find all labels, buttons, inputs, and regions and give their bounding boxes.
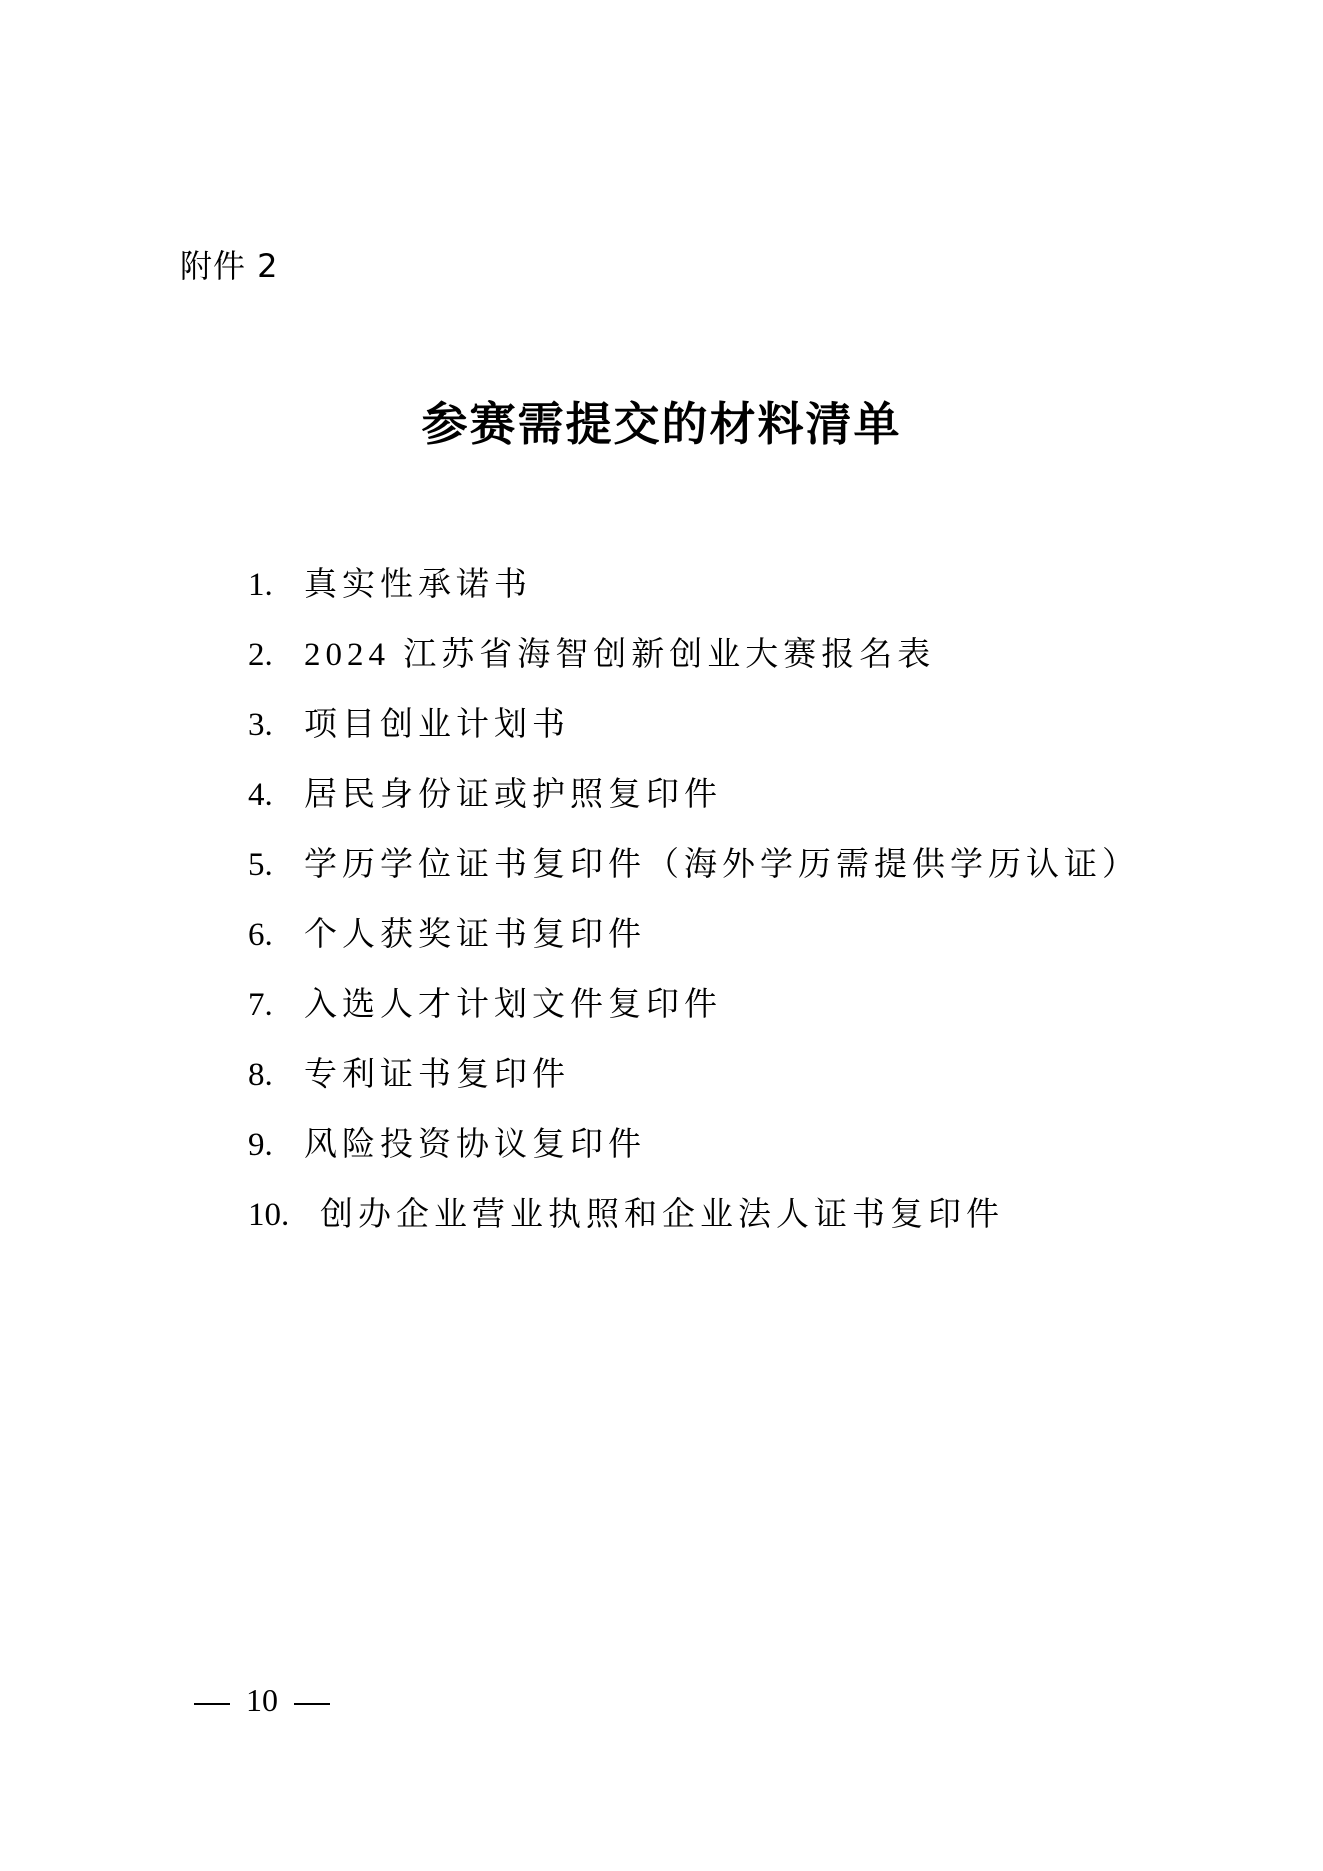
item-number: 2. <box>248 630 304 700</box>
list-item: 9.风险投资协议复印件 <box>248 1120 1140 1190</box>
item-number: 3. <box>248 700 304 770</box>
item-text: 个人获奖证书复印件 <box>304 910 646 980</box>
list-item: 6.个人获奖证书复印件 <box>248 910 1140 980</box>
list-item: 4.居民身份证或护照复印件 <box>248 770 1140 840</box>
item-number: 4. <box>248 770 304 840</box>
item-number: 8. <box>248 1050 304 1120</box>
page-number: 10 <box>246 1682 278 1718</box>
item-text: 专利证书复印件 <box>304 1050 570 1120</box>
item-number: 7. <box>248 980 304 1050</box>
item-text: 学历学位证书复印件（海外学历需提供学历认证） <box>304 840 1140 910</box>
item-text: 创办企业营业执照和企业法人证书复印件 <box>320 1190 1004 1260</box>
page-footer: 10 <box>178 1680 346 1720</box>
item-text: 2024 江苏省海智创新创业大赛报名表 <box>304 630 935 700</box>
item-text: 项目创业计划书 <box>304 700 570 770</box>
item-text: 入选人才计划文件复印件 <box>304 980 722 1050</box>
list-item: 2.2024 江苏省海智创新创业大赛报名表 <box>248 630 1140 700</box>
item-number: 1. <box>248 560 304 630</box>
materials-list: 1.真实性承诺书 2.2024 江苏省海智创新创业大赛报名表 3.项目创业计划书… <box>248 560 1140 1260</box>
item-number: 5. <box>248 840 304 910</box>
document-title: 参赛需提交的材料清单 <box>0 394 1323 454</box>
list-item: 3.项目创业计划书 <box>248 700 1140 770</box>
dash-right <box>294 1703 330 1705</box>
list-item: 5.学历学位证书复印件（海外学历需提供学历认证） <box>248 840 1140 910</box>
dash-left <box>194 1703 230 1705</box>
item-text: 风险投资协议复印件 <box>304 1120 646 1190</box>
item-number: 6. <box>248 910 304 980</box>
item-number: 10. <box>248 1190 320 1260</box>
attachment-label: 附件 2 <box>180 246 279 286</box>
list-item: 8.专利证书复印件 <box>248 1050 1140 1120</box>
list-item: 7.入选人才计划文件复印件 <box>248 980 1140 1050</box>
item-text: 居民身份证或护照复印件 <box>304 770 722 840</box>
item-number: 9. <box>248 1120 304 1190</box>
list-item: 1.真实性承诺书 <box>248 560 1140 630</box>
item-text: 真实性承诺书 <box>304 560 532 630</box>
list-item: 10.创办企业营业执照和企业法人证书复印件 <box>248 1190 1140 1260</box>
